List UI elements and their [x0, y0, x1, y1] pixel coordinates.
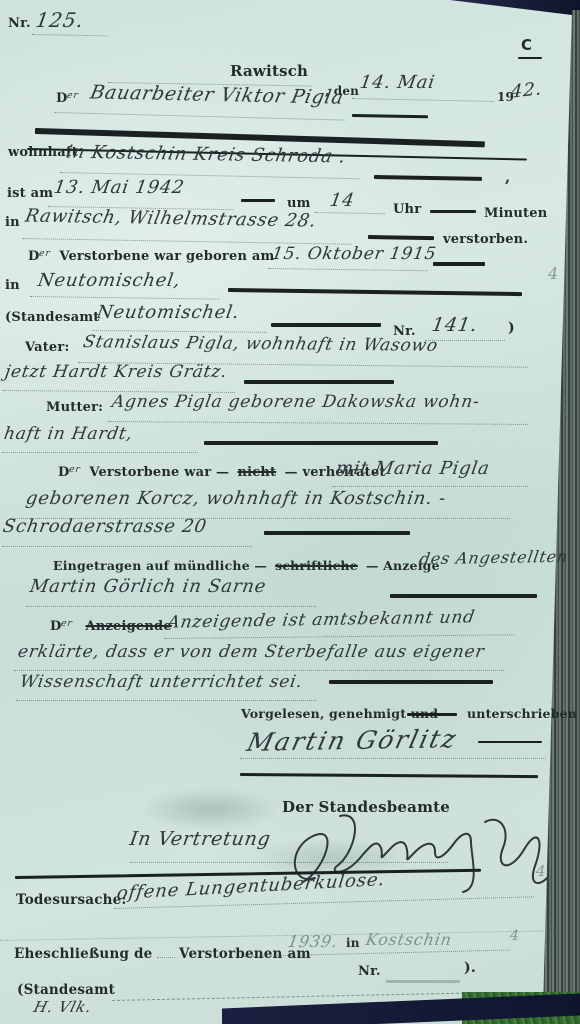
ink-line [518, 57, 542, 59]
ink-line [271, 323, 381, 327]
form-rule [244, 940, 510, 957]
form-rule [2, 530, 252, 547]
form-rule [112, 982, 484, 1001]
form-rule [16, 686, 316, 701]
nr-label: Nr. [8, 16, 31, 31]
ink-line [430, 210, 476, 213]
form-rule [386, 972, 460, 983]
ink-line [240, 773, 538, 778]
form-rule [315, 192, 385, 214]
pencil-mark: 4 [548, 264, 558, 283]
form-rule [268, 250, 428, 271]
ink-line [407, 713, 457, 716]
ink-line [368, 235, 434, 240]
nr-label: Nr. [358, 964, 381, 979]
deputizing-note: In Vertretung [130, 828, 271, 850]
was-label: Verstorbene war — [89, 465, 229, 480]
registered-label: Eingetragen auf mündliche — [53, 558, 267, 573]
form-rule [352, 78, 494, 102]
form-rule [332, 470, 528, 487]
form-rule [30, 278, 220, 300]
form-rule [32, 14, 108, 36]
born-label: Verstorbene war geboren am [59, 249, 274, 264]
ink-line [390, 594, 537, 598]
ink-line [374, 175, 482, 181]
form-rule [108, 403, 528, 425]
form-rule [0, 920, 560, 941]
ink-line [352, 114, 428, 118]
ink-line [478, 741, 542, 743]
hour-label: Uhr [393, 202, 421, 217]
ink-line [264, 531, 410, 535]
informant-value-line1: des Angestellten [420, 548, 568, 567]
minutes-label: Minuten [484, 206, 547, 221]
paren-close: ) [508, 320, 515, 336]
written-struck-label: schriftliche [275, 558, 358, 573]
died-on-label: ist am [7, 186, 53, 201]
form-rule [22, 218, 352, 245]
form-rule [2, 434, 198, 453]
paren-close: ). [464, 960, 476, 976]
ink-line [329, 680, 493, 684]
form-rule [130, 850, 448, 863]
place-printed: Rawitsch [230, 62, 308, 80]
ink-line [241, 199, 275, 202]
signed-label: unterschrieben [467, 706, 577, 721]
place-date-line: Rawitsch [230, 62, 308, 80]
residence-comma: , [505, 168, 510, 186]
declarant-line: Der Anzeigende [50, 618, 172, 634]
clerk-initials: H. Vlk. [34, 998, 92, 1016]
form-rule [240, 744, 546, 759]
reported-line: Eingetragen auf mündliche — schriftliche… [53, 558, 440, 573]
form-rule [3, 372, 235, 393]
ink-line [228, 288, 522, 296]
mother-label: Mutter: [46, 400, 103, 415]
deceased-label: verstorben. [443, 232, 528, 247]
form-rule [26, 592, 316, 607]
father-label: Vater: [25, 340, 69, 355]
pencil-mark: 4 [510, 928, 519, 944]
pencil-mark: 4 [536, 862, 546, 880]
nicht-struck-label: nicht [237, 465, 276, 480]
corner-letter: C [521, 36, 532, 54]
registry-office-label: (Standesamt [5, 310, 99, 325]
form-rule [164, 620, 514, 639]
registry-number-line: Nr. [8, 16, 31, 31]
ink-line [204, 441, 438, 445]
year-handwritten: 42. [511, 80, 542, 101]
ink-line [244, 380, 394, 384]
ink-bleedthrough [140, 788, 280, 830]
form-rule [92, 312, 267, 333]
background-corner-top-right [450, 0, 580, 16]
cause-of-death-label: Todesursache: [16, 892, 127, 908]
in-label: in [5, 215, 20, 230]
registry-office-label: (Standesamt [17, 982, 115, 998]
death-register-scan: Nr. 125. C Rawitsch , den 14. Mai 19 42.… [0, 0, 580, 1024]
ink-line [433, 262, 485, 266]
born-line: Der Verstorbene war geboren am [28, 248, 274, 264]
in-label: in [5, 278, 20, 293]
declarant-struck-label: Anzeigende [86, 619, 172, 634]
form-rule [14, 656, 504, 671]
